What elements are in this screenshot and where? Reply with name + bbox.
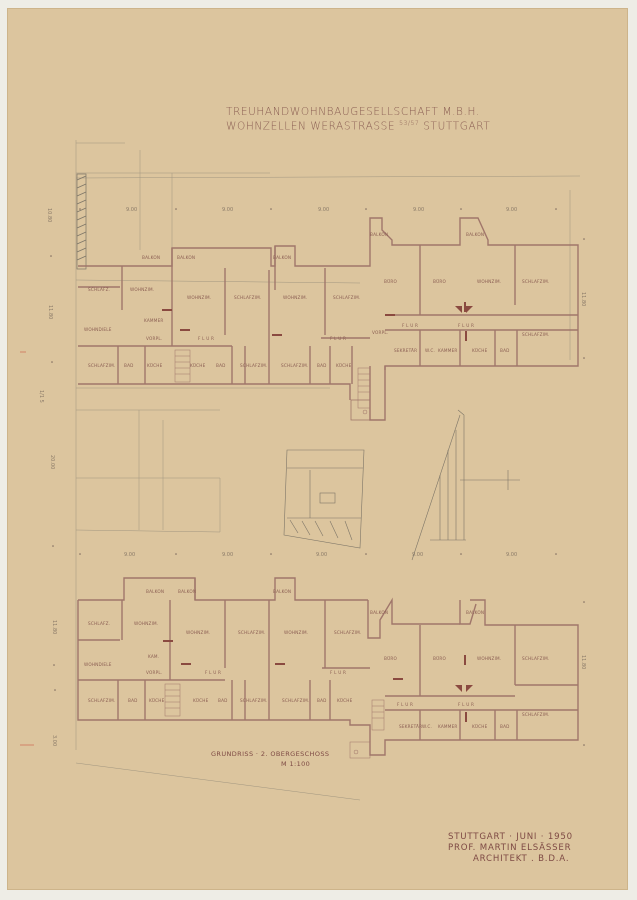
svg-text:F L U R: F L U R	[397, 702, 413, 707]
pencil-sketch-triangle	[412, 410, 520, 560]
svg-text:BALKON: BALKON	[370, 610, 388, 615]
svg-text:SCHLAFZIM.: SCHLAFZIM.	[234, 295, 261, 300]
svg-text:BALKON: BALKON	[142, 255, 160, 260]
svg-text:SCHLAFZ.: SCHLAFZ.	[88, 287, 110, 292]
title-line-2: WOHNZELLEN WERASTRASSE 53/57 STUTTGART	[226, 118, 490, 133]
svg-text:BALKON: BALKON	[177, 255, 195, 260]
svg-text:WOHNZIM.: WOHNZIM.	[284, 630, 308, 635]
svg-text:KAM.: KAM.	[148, 654, 159, 659]
svg-text:3.00: 3.00	[51, 735, 57, 746]
svg-text:F L U R: F L U R	[198, 336, 214, 341]
svg-text:KÜCHE: KÜCHE	[336, 363, 352, 368]
pencil-sketch-stair-detail	[284, 450, 364, 548]
svg-text:KÜCHE: KÜCHE	[149, 698, 165, 703]
svg-text:BAD: BAD	[128, 698, 138, 703]
svg-text:SCHLAFZIM.: SCHLAFZIM.	[333, 295, 360, 300]
svg-text:F L U R: F L U R	[205, 670, 221, 675]
svg-text:SCHLAFZIM.: SCHLAFZIM.	[522, 332, 549, 337]
svg-text:20.00: 20.00	[49, 455, 55, 469]
svg-text:BALKON: BALKON	[273, 255, 291, 260]
svg-text:WOHNZIM.: WOHNZIM.	[187, 295, 211, 300]
svg-text:BÜRO: BÜRO	[384, 656, 397, 661]
svg-text:BÜRO: BÜRO	[433, 656, 446, 661]
dimension-row-lower: 9.00 9.00 9.00 9.00 9.00	[79, 552, 557, 558]
plan-caption-title: GRUNDRISS · 2. OBERGESCHOSS	[211, 750, 329, 758]
svg-text:KAMMER: KAMMER	[438, 724, 458, 729]
svg-text:BALKON: BALKON	[178, 589, 196, 594]
stairwell-box	[351, 400, 370, 420]
stairs-lower	[165, 684, 384, 758]
svg-text:VORPL.: VORPL.	[146, 336, 162, 341]
architect-signature-block: STUTTGART · JUNI · 1950 PROF. MARTIN ELS…	[448, 832, 573, 865]
svg-text:WOHNZIM.: WOHNZIM.	[477, 656, 501, 661]
svg-text:F L U R: F L U R	[458, 702, 474, 707]
svg-text:BÜRO: BÜRO	[384, 279, 397, 284]
svg-text:SEKRETÄR: SEKRETÄR	[399, 724, 422, 729]
svg-text:11.80: 11.80	[47, 305, 53, 319]
plan-scale: M 1:100	[211, 760, 329, 768]
svg-text:WOHNZIM.: WOHNZIM.	[477, 279, 501, 284]
svg-text:BALKON: BALKON	[466, 232, 484, 237]
svg-text:9.00: 9.00	[124, 552, 135, 558]
svg-text:BAD: BAD	[218, 698, 228, 703]
svg-text:SCHLAFZIM.: SCHLAFZIM.	[238, 630, 265, 635]
title-line-1: TREUHANDWOHNBAUGESELLSCHAFT M.B.H.	[226, 107, 490, 118]
svg-text:SCHLAFZIM.: SCHLAFZIM.	[522, 712, 549, 717]
svg-text:SEKRETÄR: SEKRETÄR	[394, 348, 417, 353]
signature-title: ARCHITEKT . B.D.A.	[448, 854, 573, 865]
svg-text:11.80: 11.80	[51, 620, 57, 634]
svg-text:BAD: BAD	[500, 724, 510, 729]
svg-text:BALKON: BALKON	[466, 610, 484, 615]
svg-text:11.80: 11.80	[580, 655, 586, 669]
svg-text:9.00: 9.00	[126, 207, 137, 213]
drawing-title: TREUHANDWOHNBAUGESELLSCHAFT M.B.H. WOHNZ…	[226, 107, 490, 133]
dimension-column-left: 10.80 11.80 20.00 11.80 3.00 1/1 5	[20, 208, 57, 746]
svg-text:SCHLAFZIM.: SCHLAFZIM.	[88, 698, 115, 703]
svg-text:SCHLAFZIM.: SCHLAFZIM.	[281, 363, 308, 368]
lower-room-labels: BALKON BALKON BALKON BALKON BALKON SCHLA…	[84, 589, 549, 729]
svg-text:WOHNZIM.: WOHNZIM.	[283, 295, 307, 300]
svg-text:9.00: 9.00	[222, 207, 233, 213]
svg-text:W.C.: W.C.	[425, 348, 435, 353]
dimension-row-top: 9.00 9.00 9.00 9.00 9.00	[79, 207, 557, 213]
svg-text:BALKON: BALKON	[273, 589, 291, 594]
svg-text:1/1 5: 1/1 5	[38, 390, 44, 403]
svg-text:9.00: 9.00	[413, 207, 424, 213]
svg-text:SCHLAFZIM.: SCHLAFZIM.	[240, 698, 267, 703]
svg-text:KÜCHE: KÜCHE	[472, 348, 488, 353]
svg-text:WOHNZIM.: WOHNZIM.	[130, 287, 154, 292]
svg-text:KÜCHE: KÜCHE	[193, 698, 209, 703]
hatched-wall	[77, 174, 86, 269]
svg-text:BAD: BAD	[216, 363, 226, 368]
svg-text:9.00: 9.00	[316, 552, 327, 558]
dimension-column-right: 11.80 11.80	[580, 238, 586, 746]
svg-text:BÜRO: BÜRO	[433, 279, 446, 284]
signature-architect-name: PROF. MARTIN ELSÄSSER	[448, 843, 573, 854]
svg-text:WOHNZIM.: WOHNZIM.	[186, 630, 210, 635]
stairs-upper	[175, 350, 370, 414]
svg-text:9.00: 9.00	[318, 207, 329, 213]
svg-text:9.00: 9.00	[222, 552, 233, 558]
svg-text:F L U R: F L U R	[330, 670, 346, 675]
svg-text:SCHLAFZIM.: SCHLAFZIM.	[282, 698, 309, 703]
svg-text:VORPL.: VORPL.	[146, 670, 162, 675]
svg-text:KÜCHE: KÜCHE	[472, 724, 488, 729]
signature-place-date: STUTTGART · JUNI · 1950	[448, 832, 573, 843]
house-number: 53/57	[399, 120, 419, 127]
svg-text:KÜCHE: KÜCHE	[190, 363, 206, 368]
upper-room-labels: BALKON BALKON BALKON BALKON BALKON SCHLA…	[84, 232, 549, 368]
svg-text:10.80: 10.80	[46, 208, 52, 222]
svg-text:WOHNDIELE: WOHNDIELE	[84, 662, 112, 667]
svg-text:BAD: BAD	[124, 363, 134, 368]
svg-text:VORPL.: VORPL.	[372, 330, 388, 335]
svg-text:WOHNDIELE: WOHNDIELE	[84, 327, 112, 332]
svg-text:SCHLAFZIM.: SCHLAFZIM.	[522, 279, 549, 284]
plan-caption: GRUNDRISS · 2. OBERGESCHOSS M 1:100	[211, 750, 329, 768]
svg-text:KÜCHE: KÜCHE	[147, 363, 163, 368]
svg-text:BAD: BAD	[317, 363, 327, 368]
svg-text:BAD: BAD	[500, 348, 510, 353]
svg-text:KAMMER: KAMMER	[438, 348, 458, 353]
svg-text:BALKON: BALKON	[370, 232, 388, 237]
svg-text:SCHLAFZ.: SCHLAFZ.	[88, 621, 110, 626]
svg-text:SCHLAFZIM.: SCHLAFZIM.	[88, 363, 115, 368]
svg-text:F L U R: F L U R	[330, 336, 346, 341]
svg-text:W.C.: W.C.	[422, 724, 432, 729]
svg-text:BALKON: BALKON	[146, 589, 164, 594]
svg-text:WOHNZIM.: WOHNZIM.	[134, 621, 158, 626]
svg-text:9.00: 9.00	[506, 207, 517, 213]
svg-text:F L U R: F L U R	[402, 323, 418, 328]
svg-text:11.80: 11.80	[580, 292, 586, 306]
svg-text:BAD: BAD	[317, 698, 327, 703]
svg-text:SCHLAFZIM.: SCHLAFZIM.	[334, 630, 361, 635]
svg-text:SCHLAFZIM.: SCHLAFZIM.	[522, 656, 549, 661]
svg-text:KAMMER: KAMMER	[144, 318, 164, 323]
svg-text:KÜCHE: KÜCHE	[337, 698, 353, 703]
svg-text:9.00: 9.00	[506, 552, 517, 558]
svg-text:F L U R: F L U R	[458, 323, 474, 328]
svg-text:SCHLAFZIM.: SCHLAFZIM.	[240, 363, 267, 368]
